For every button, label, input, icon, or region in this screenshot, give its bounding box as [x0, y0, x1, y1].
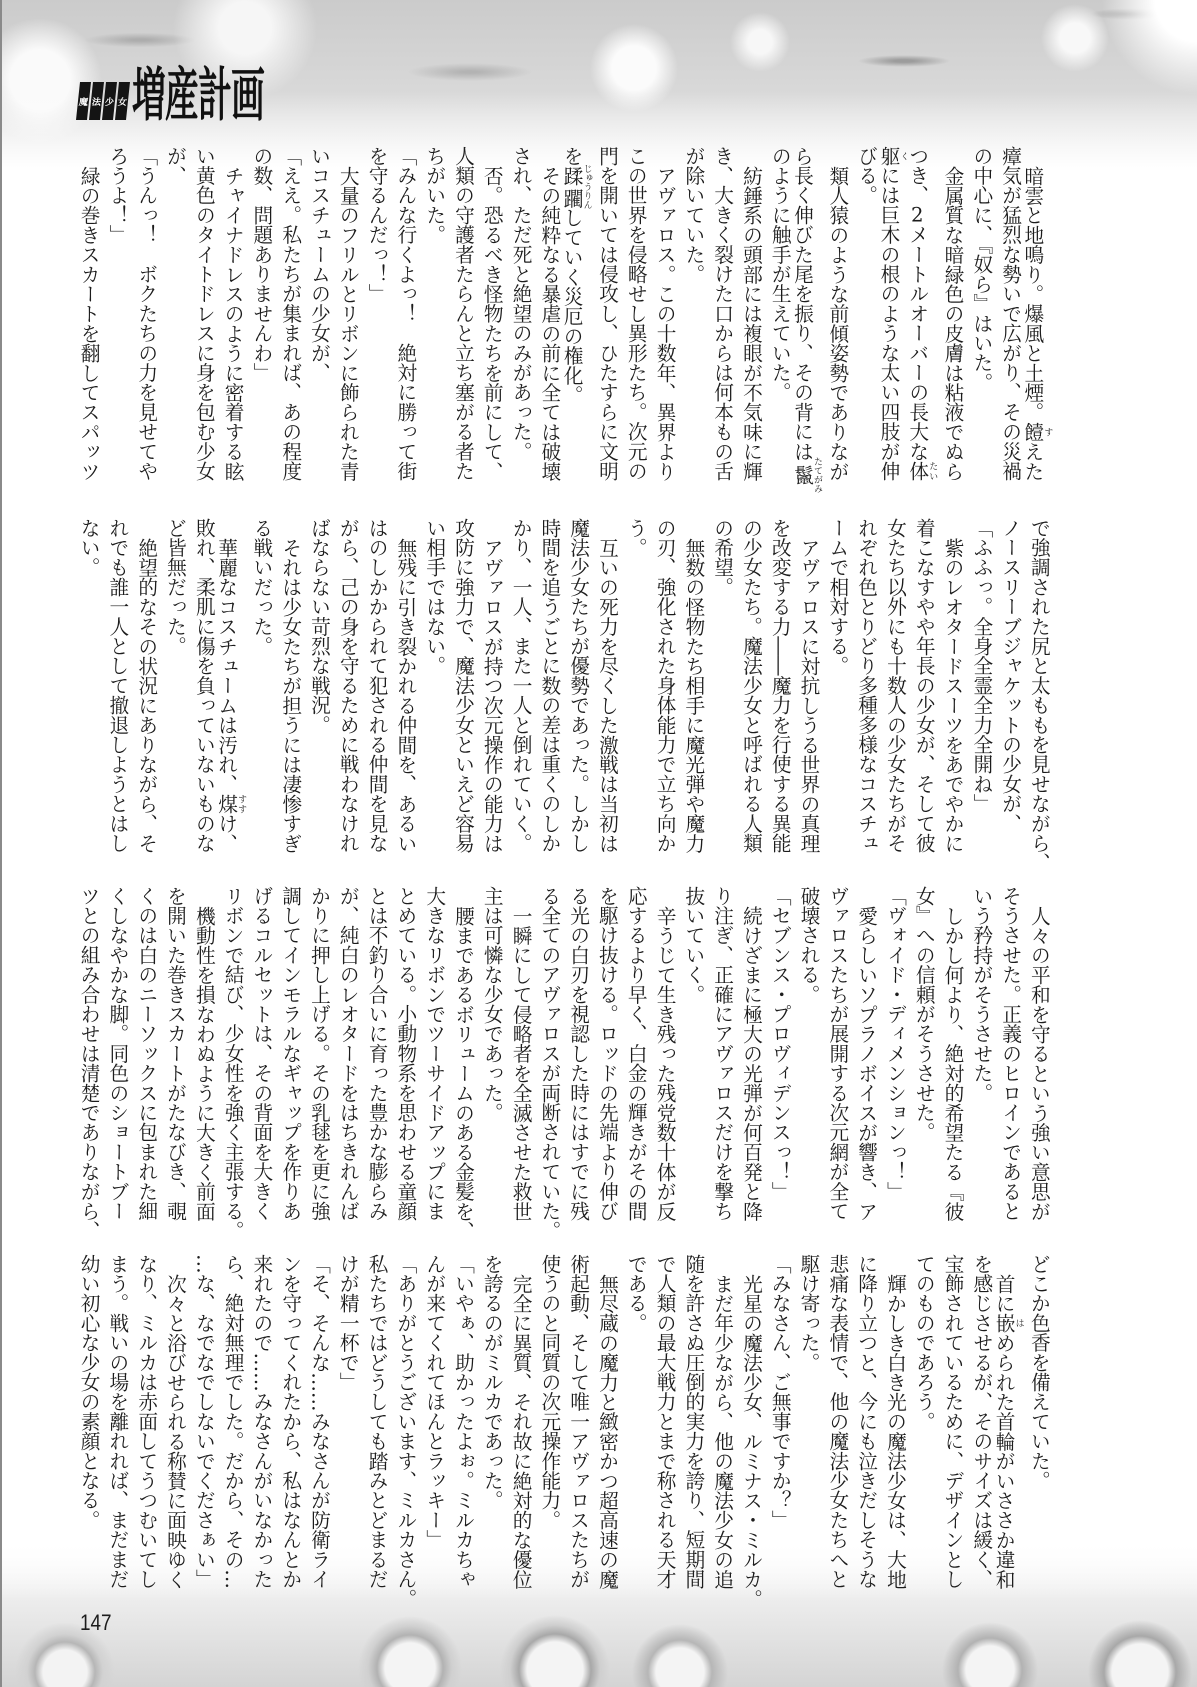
text-column: がら、己の身を守るために戦わなけれ: [332, 518, 361, 853]
text-column: を改変する力――魔力を行使する異能: [764, 518, 793, 853]
text-column: 「そ、そんな……みなさんが防衛ライ: [304, 1254, 333, 1589]
ruby-reading: たい: [927, 461, 937, 481]
text-column: 幼い初心な少女の素顔となる。: [73, 1254, 102, 1589]
ruby-reading: すす: [236, 794, 246, 814]
text-column: を感じさせるが、そのサイズは緩く、: [966, 1254, 995, 1589]
text-column: いう矜持がそうさせた。: [966, 886, 995, 1221]
text-column: 一瞬にして侵略者を全滅させた救世: [505, 886, 534, 1221]
text-column: まう。戦いの場を離れれば、まだまだ: [102, 1254, 131, 1589]
text-column: で人類の最大戦力とまで称される天才: [649, 1254, 678, 1589]
text-column: る光の白刃を視認した時にはすでに残: [563, 886, 592, 1221]
text-column: ツとの組み合わせは清楚でありながら、: [73, 886, 102, 1221]
text-column: この世界を侵略せし異形たち。次元の: [620, 146, 649, 481]
text-column: げるコルセットは、その背面を大きく: [246, 886, 275, 1221]
ruby-annotation: 煤すす: [215, 794, 238, 814]
text-column: その純粋なる暴虐の前に全ては破壊: [534, 146, 563, 481]
text-column: んが来てくれてほんとラッキー」: [419, 1254, 448, 1589]
ruby-annotation: 体たい: [906, 461, 929, 481]
ruby-base: 嵌: [992, 1313, 1015, 1333]
text-column: 抜いていく。: [678, 886, 707, 1221]
text-column: 大きなリボンでツーサイドアップにま: [419, 886, 448, 1221]
text-column: チャイナドレスのように密着する眩: [217, 146, 246, 481]
text-column: 術起動、そして唯一アヴァロスたちが: [563, 1254, 592, 1589]
text-column: に降り立つと、今にも泣きだしそうな: [851, 1254, 880, 1589]
text-column: ノースリーブジャケットの少女が、: [995, 518, 1024, 853]
text-column: され、ただ死と絶望のみがあった。: [505, 146, 534, 481]
text-column: で強調された尻と太ももを見せながら、: [1024, 518, 1053, 853]
text-column: 人類の守護者たらんと立ち塞がる者た: [448, 146, 477, 481]
text-column: ろうよ！」: [102, 146, 131, 481]
text-run: えた: [1021, 442, 1044, 481]
text-column: 「ええ。私たちが集まれば、あの程度: [275, 146, 304, 481]
text-column: 暗雲と地鳴り。爆風と土煙。饐すえた: [1024, 146, 1053, 481]
ruby-annotation: 鬣たてがみ: [791, 461, 814, 493]
text-column: 機動性を損なわぬように大きく前面: [189, 886, 218, 1221]
text-column: い黄色のタイトドレスに身を包む少女: [189, 146, 218, 481]
text-column: 大量のフリルとリボンに飾られた青: [332, 146, 361, 481]
text-column: 随を許さぬ圧倒的実力を誇り、短期間: [678, 1254, 707, 1589]
text-column: けが精一杯で」: [332, 1254, 361, 1589]
text-column: ンを守ってくれたから、私はなんとか: [275, 1254, 304, 1589]
text-column: 宝飾されているために、デザインとし: [937, 1254, 966, 1589]
text-column: の中心に、『奴ら』はいた。: [966, 146, 995, 481]
text-column: を開いた巻きスカートがたなびき、覗: [160, 886, 189, 1221]
text-column: かり、一人、また一人と倒れていく。: [505, 518, 534, 853]
text-column: 主は可憐な少女であった。: [476, 886, 505, 1221]
text-column: を蹂躙じゅうりんしていく災厄の権化。: [563, 146, 592, 481]
ruby-base: 体: [906, 461, 929, 481]
page-number: 147: [80, 1612, 112, 1634]
text-run: していく災厄の権化。: [560, 208, 583, 405]
text-column: き、大きく裂けた口からは何本もの舌: [707, 146, 736, 481]
text-column: 「ヴォイド・ディメンションっ！」: [880, 886, 909, 1221]
text-column: 魔法少女たちが優勢であった。しかし: [563, 518, 592, 853]
text-column: 人々の平和を守るという強い意思が: [1024, 886, 1053, 1221]
text-column: の数、問題ありませんわ」: [246, 146, 275, 481]
ruby-annotation: 躯く: [877, 146, 900, 166]
text-column: 続けざまに極大の光弾が何百発と降: [736, 886, 765, 1221]
text-run: 華麗なコスチュームは汚れ、: [215, 538, 238, 794]
logo-title: 増産計画: [132, 62, 264, 128]
text-column: リボンで結び、少女性を強く主張する。: [217, 886, 246, 1221]
text-column: とめている。小動物系を思わせる童顔: [390, 886, 419, 1221]
text-column: ら長く伸びた尾を振り、その背には鬣たてがみ: [793, 146, 822, 481]
text-column: 駆け寄った。: [793, 1254, 822, 1589]
title-logo: 魔 法 少 女 増産計画: [78, 62, 268, 134]
text-column: う。: [620, 518, 649, 853]
ruby-reading: す: [1042, 422, 1052, 442]
ruby-base: 饐: [1021, 422, 1044, 442]
text-column: とは不釣り合いに育った豊かな膨らみ: [361, 886, 390, 1221]
text-column: 紡錘系の頭部には複眼が不気味に輝: [736, 146, 765, 481]
text-column: しかし何より、絶対的希望たる『彼: [937, 886, 966, 1221]
text-column: 次々と浴びせられる称賛に面映ゆく: [160, 1254, 189, 1589]
text-run: 首に: [992, 1274, 1015, 1313]
text-column: 来れたので……みなさんがいなかった: [246, 1254, 275, 1589]
text-run: には巨木の根のような太い四肢が伸: [877, 166, 900, 481]
ruby-annotation: 蹂躙じゅうりん: [560, 166, 583, 208]
text-column: 時間を追うごとに数の差は重くのしか: [534, 518, 563, 853]
text-column: 無数の怪物たち相手に魔光弾や魔力: [678, 518, 707, 853]
text-column: 攻防に強力で、魔法少女といえど容易: [448, 518, 477, 853]
ruby-reading: く: [898, 146, 908, 166]
text-column: 「ふふっ。全身全霊全力全開ね」: [966, 518, 995, 853]
text-column: くしなやかな脚。同色のショートブー: [102, 886, 131, 1221]
text-column: 金属質な暗緑色の皮膚は粘液でぬら: [937, 146, 966, 481]
text-column: 完全に異質、それ故に絶対的な優位: [505, 1254, 534, 1589]
text-column: 愛らしいソプラノボイスが響き、ア: [851, 886, 880, 1221]
text-column: ちがいた。: [419, 146, 448, 481]
text-run: を: [560, 146, 583, 166]
text-column: 腰まであるボリュームのある金髪を、: [448, 886, 477, 1221]
text-column: それは少女たちが担うには凄惨すぎ: [275, 518, 304, 853]
text-column: てのものであろう。: [908, 1254, 937, 1589]
text-tier-2: で強調された尻と太ももを見せながら、 ノースリーブジャケットの少女が、 「ふふっ…: [73, 518, 1052, 853]
text-column: 華麗なコスチュームは汚れ、煤すすけ、: [217, 518, 246, 853]
logo-subtitle: 魔 法 少 女: [78, 82, 128, 120]
text-column: 光星の魔法少女、ルミナス・ミルカ。: [736, 1254, 765, 1589]
ruby-reading: は: [1014, 1313, 1024, 1333]
text-column: 瘴気が猛烈な勢いで広がり、その災禍: [995, 146, 1024, 481]
text-column: 調してインモラルなギャップを作りあ: [275, 886, 304, 1221]
text-column: 使うのと同質の次元操作能力。: [534, 1254, 563, 1589]
text-column: そうさせた。正義のヒロインであると: [995, 886, 1024, 1221]
ruby-reading: じゅうりん: [582, 164, 592, 209]
text-column: 辛うじて生き残った残党数十体が反: [649, 886, 678, 1221]
ruby-base: 蹂躙: [560, 164, 583, 209]
ruby-reading: たてがみ: [812, 457, 822, 493]
text-column: 「セブンス・プロヴィデンスっ！」: [764, 886, 793, 1221]
text-column: の希望。: [707, 518, 736, 853]
text-run: められた首輪がいささか違和: [992, 1333, 1015, 1589]
ruby-base: 躯: [877, 146, 900, 166]
text-run: ら長く伸びた尾を振り、その背には: [791, 146, 814, 461]
text-column: 破壊される。: [793, 886, 822, 1221]
text-column: 輝かしき白き光の魔法少女は、大地: [880, 1254, 909, 1589]
text-run: メートルオーバーの長大な: [906, 225, 929, 461]
text-column: の少女たち。魔法少女と呼ばれる人類: [736, 518, 765, 853]
ruby-base: 煤: [215, 794, 238, 814]
text-tier-3: 人々の平和を守るという強い意思が そうさせた。正義のヒロインであると いう矜持が…: [73, 886, 1052, 1221]
text-column: 絶望的なその状況にありながら、そ: [131, 518, 160, 853]
text-column: が、純白のレオタードをはちきれんば: [332, 886, 361, 1221]
text-column: アヴァロス。この十数年、異界より: [649, 146, 678, 481]
text-column: どこか色香を備えていた。: [1024, 1254, 1053, 1589]
text-column: 類人猿のような前傾姿勢でありなが: [822, 146, 851, 481]
text-column: る戦いだった。: [246, 518, 275, 853]
text-column: ームで相対する。: [822, 518, 851, 853]
text-column: ど皆無だった。: [160, 518, 189, 853]
text-column: なり、ミルカは赤面してうつむいてし: [131, 1254, 160, 1589]
text-column: を駆け抜ける。ロッドの先端より伸び: [592, 886, 621, 1221]
text-column: アヴァロスが持つ次元操作の能力は: [476, 518, 505, 853]
text-column: 紫のレオタードスーツをあでやかに: [937, 518, 966, 853]
text-column: 互いの死力を尽くした激戦は当初は: [592, 518, 621, 853]
text-run: 暗雲と地鳴り。爆風と土煙。: [1021, 166, 1044, 422]
text-column: を誇るのがミルカであった。: [476, 1254, 505, 1589]
text-column: 門を開いては侵攻し、ひたすらに文明: [592, 146, 621, 481]
text-column: 悲痛な表情で、他の魔法少女たちへと: [822, 1254, 851, 1589]
text-column: 応するより早く、白金の輝きがその間: [620, 886, 649, 1221]
text-column: はのしかかられて犯される仲間を見な: [361, 518, 390, 853]
text-column: 着こなすやや年長の少女が、そして彼: [908, 518, 937, 853]
text-run: つき、: [906, 146, 929, 205]
text-column: る全てのアヴァロスが両断されていた。: [534, 886, 563, 1221]
text-column: 「みなさん、ご無事ですか？」: [764, 1254, 793, 1589]
text-column: 「ありがとうございます、ミルカさん。: [390, 1254, 419, 1589]
text-column: 私たちではどうしても踏みとどまるだ: [361, 1254, 390, 1589]
page-edge-line: [0, 0, 2, 1687]
text-column: れぞれ色とりどり多種多様なコスチュ: [851, 518, 880, 853]
text-column: が、: [160, 146, 189, 481]
text-column: 「みんな行くよっ！ 絶対に勝って街: [390, 146, 419, 481]
text-column: 無残に引き裂かれる仲間を、あるい: [390, 518, 419, 853]
text-column: い相手ではない。: [419, 518, 448, 853]
text-run: け、: [215, 814, 238, 853]
text-column: の刃、強化された身体能力で立ち向か: [649, 518, 678, 853]
text-column: 否。恐るべき怪物たちを前にして、: [476, 146, 505, 481]
text-column: が除いていた。: [678, 146, 707, 481]
text-column: ヴァロスたちが展開する次元網が全て: [822, 886, 851, 1221]
ruby-annotation: 饐す: [1021, 422, 1044, 442]
text-column: くのは白のニーソックスに包まれた細: [131, 886, 160, 1221]
text-column: れでも誰一人として撤退しようとはし: [102, 518, 131, 853]
text-column: 「うんっ！ ボクたちの力を見せてや: [131, 146, 160, 481]
text-column: ない。: [73, 518, 102, 853]
ruby-base: 鬣: [791, 457, 814, 493]
text-column: アヴァロスに対抗しうる世界の真理: [793, 518, 822, 853]
text-column: 女』への信頼がそうさせた。: [908, 886, 937, 1221]
text-column: を守るんだっ！」: [361, 146, 390, 481]
text-column: いコスチュームの少女が、: [304, 146, 333, 481]
text-column: 無尽蔵の魔力と緻密かつ超高速の魔: [592, 1254, 621, 1589]
text-column: り注ぎ、正確にアヴァロスだけを撃ち: [707, 886, 736, 1221]
text-column: 緑の巻きスカートを翻してスパッツ: [73, 146, 102, 481]
text-column: ばならない苛烈な戦況。: [304, 518, 333, 853]
text-column: …な、なでなでしないでくださぁい」: [189, 1254, 218, 1589]
text-column: である。: [620, 1254, 649, 1589]
text-column: かりに押し上げる。その乳毬を更に強: [304, 886, 333, 1221]
text-column: つき、2メートルオーバーの長大な体たい: [908, 146, 937, 481]
text-tier-4: どこか色香を備えていた。 首に嵌はめられた首輪がいささか違和 を感じさせるが、そ…: [73, 1254, 1052, 1589]
upright-number: 2: [906, 205, 929, 225]
text-column: 敗れ、柔肌に傷を負っていないものな: [189, 518, 218, 853]
text-column: 女たち以外にも十数人の少女たちがそ: [880, 518, 909, 853]
text-column: 「いやぁ、助かったよぉ。ミルカちゃ: [448, 1254, 477, 1589]
text-column: 首に嵌はめられた首輪がいささか違和: [995, 1254, 1024, 1589]
ruby-annotation: 嵌は: [992, 1313, 1015, 1333]
text-column: ら、絶対無理でした。だから、その…: [217, 1254, 246, 1589]
logo-char: 女: [115, 82, 130, 120]
text-column: まだ年少ながら、他の魔法少女の追: [707, 1254, 736, 1589]
text-tier-1: 暗雲と地鳴り。爆風と土煙。饐すえた 瘴気が猛烈な勢いで広がり、その災禍 の中心に…: [73, 146, 1052, 481]
novel-page: 魔 法 少 女 増産計画 暗雲と地鳴り。爆風と土煙。饐すえた 瘴気が猛烈な勢いで…: [0, 0, 1197, 1687]
